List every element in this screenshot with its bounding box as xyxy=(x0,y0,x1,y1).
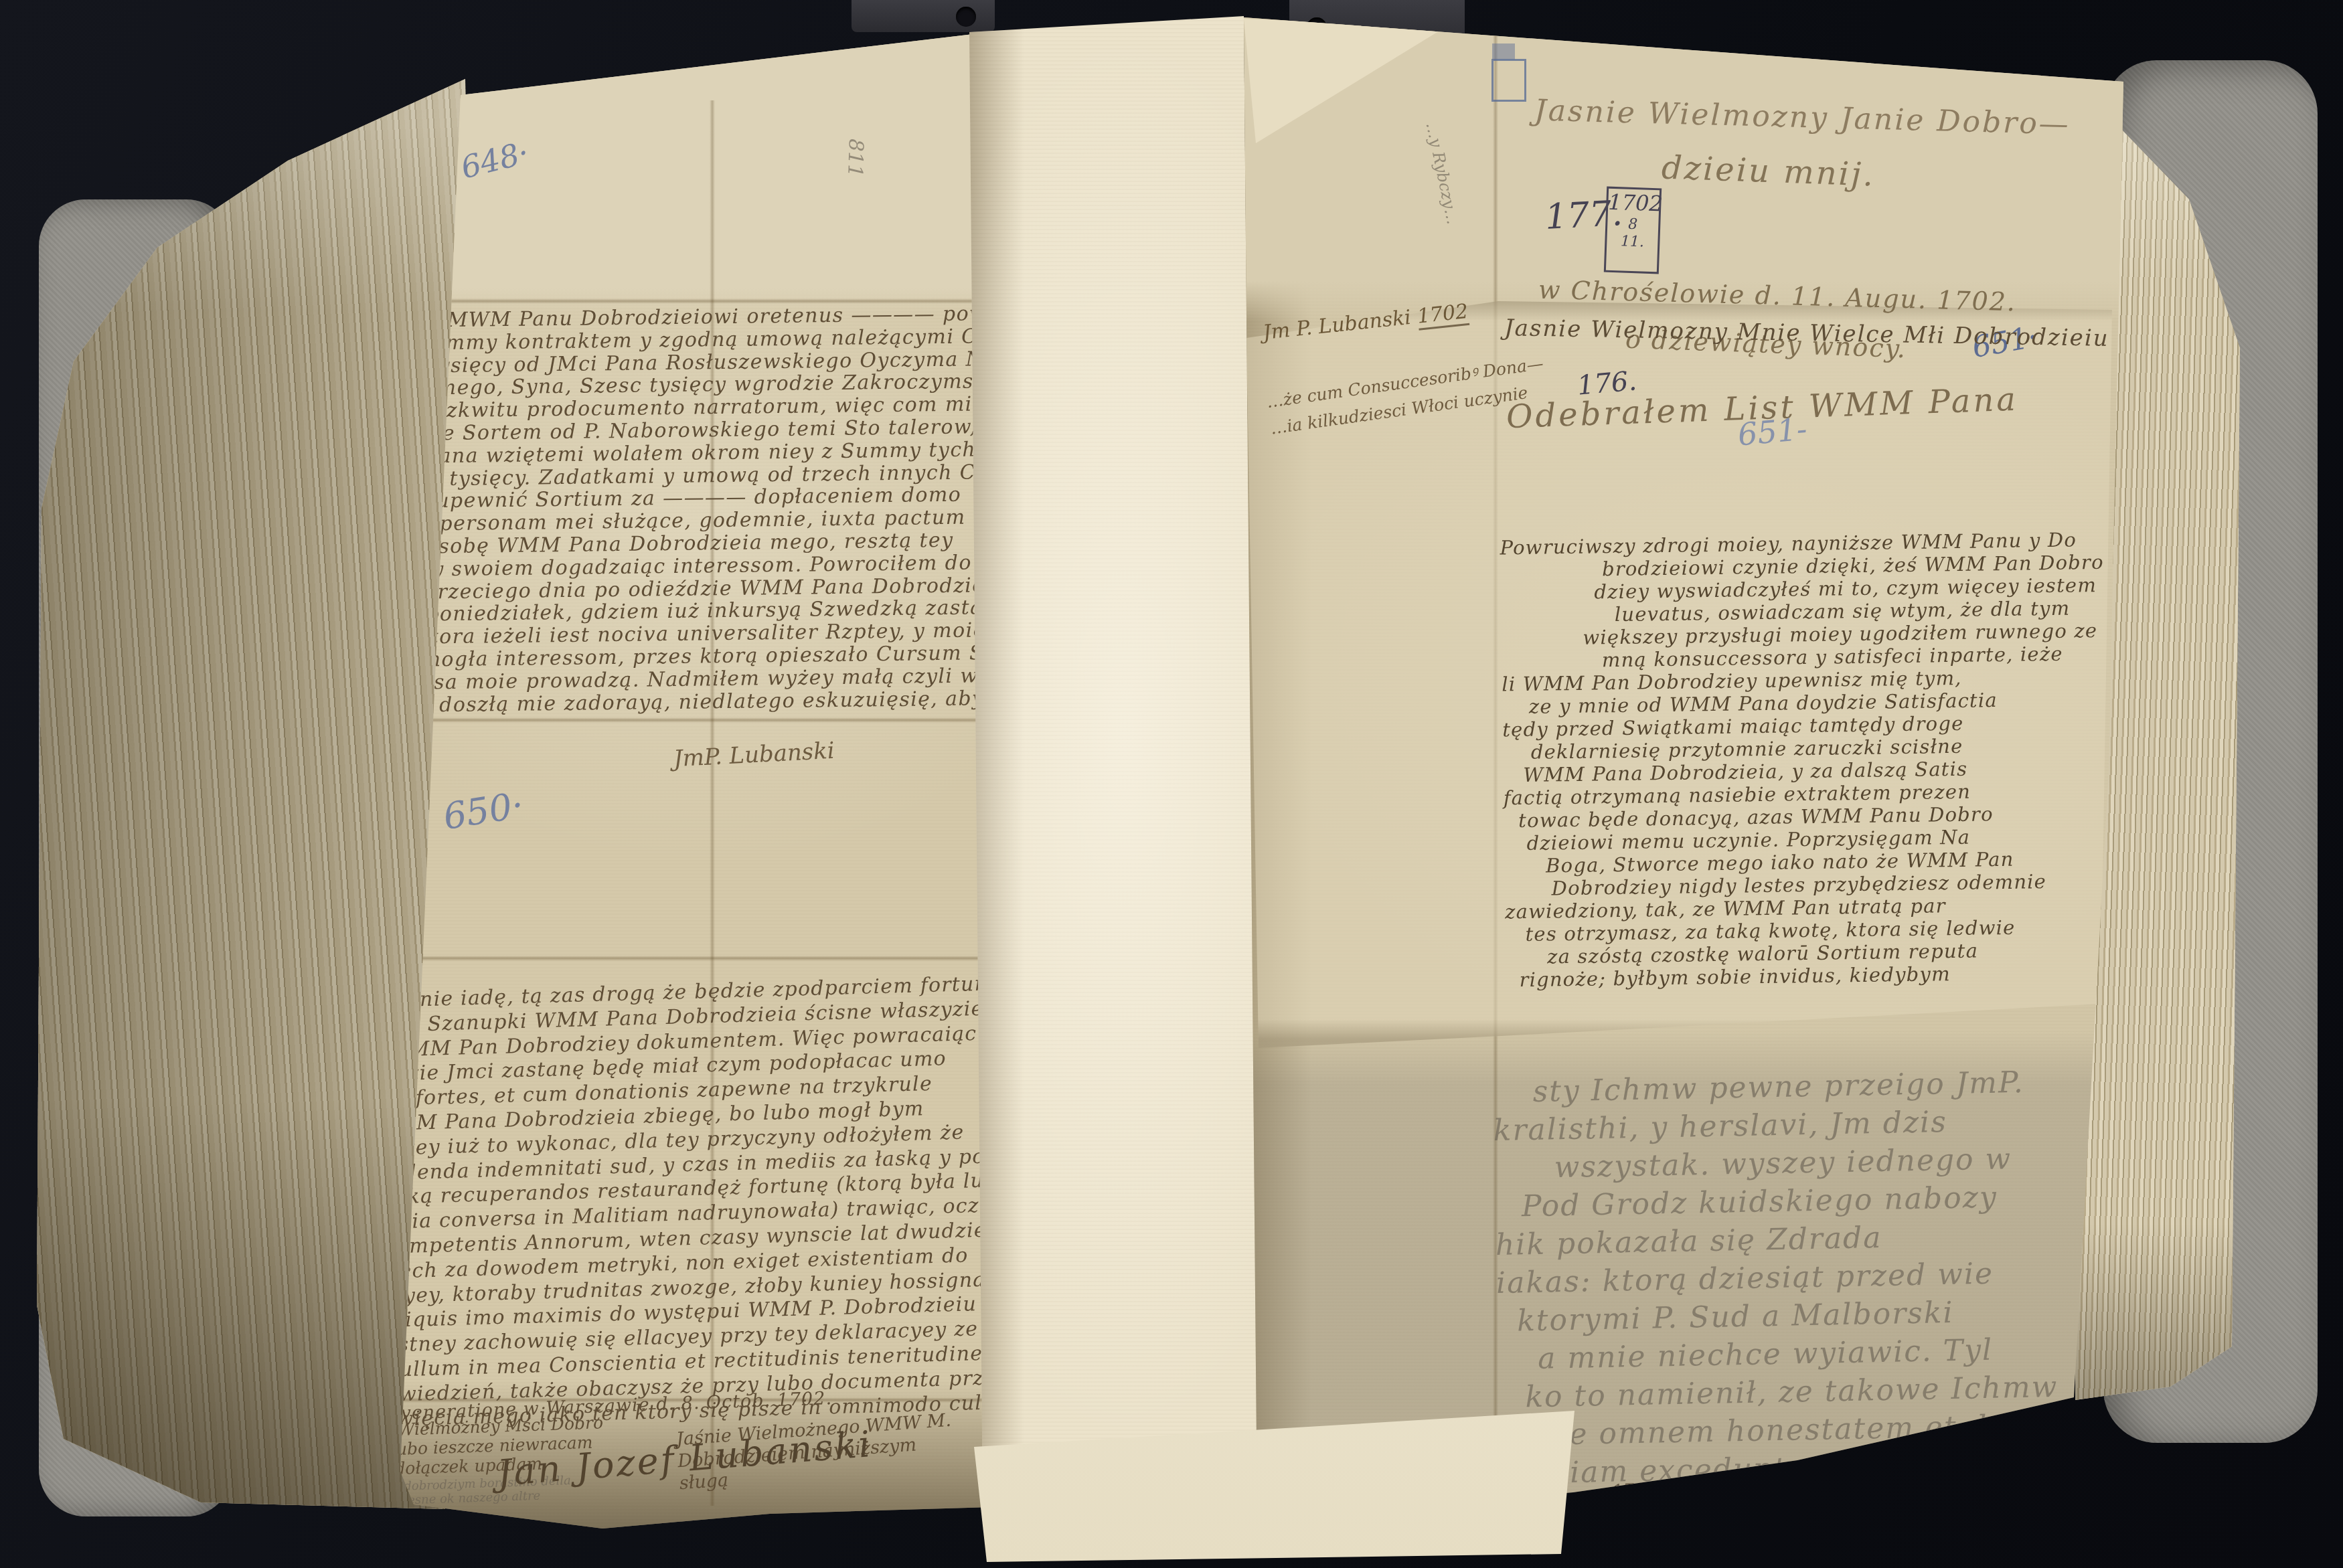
fold-crease xyxy=(415,956,991,961)
date-box-year: 1702 xyxy=(1608,189,1660,217)
date-box-month: 8 xyxy=(1607,215,1659,235)
archival-manuscript-photo: 648· 811 iakom WMWM Panu Dobrodzieiowi o… xyxy=(0,0,2343,1568)
under-page-text: sty Ichmw pewne przeigo JmP.kralisthi, y… xyxy=(1492,1061,2129,1493)
clamp-hole-icon xyxy=(956,7,976,27)
folio-number-651-low: 651- xyxy=(1736,411,1809,453)
item-number-176: 176. xyxy=(1576,365,1638,402)
gutter-note-year: 1702 xyxy=(1416,300,1469,331)
date-box-1702-8-11: 1702 8 11. xyxy=(1604,187,1662,274)
address-line-2: dzieiu mnij. xyxy=(1661,149,1876,193)
page-clamp-left xyxy=(852,0,995,32)
bottom-note-right: opielows niskiech xyxy=(1899,1456,2044,1484)
left-letter-two-text: omieśkanie iadę, tą zas drogą że będzie … xyxy=(330,972,1005,1433)
edge-number-811: 811 xyxy=(843,139,868,177)
letter-body-text: Powruciwszy zdrogi moiey, nayniższe WMM … xyxy=(1500,528,2121,992)
date-box-day: 11. xyxy=(1607,233,1658,252)
blue-archive-stamp xyxy=(1491,59,1526,102)
